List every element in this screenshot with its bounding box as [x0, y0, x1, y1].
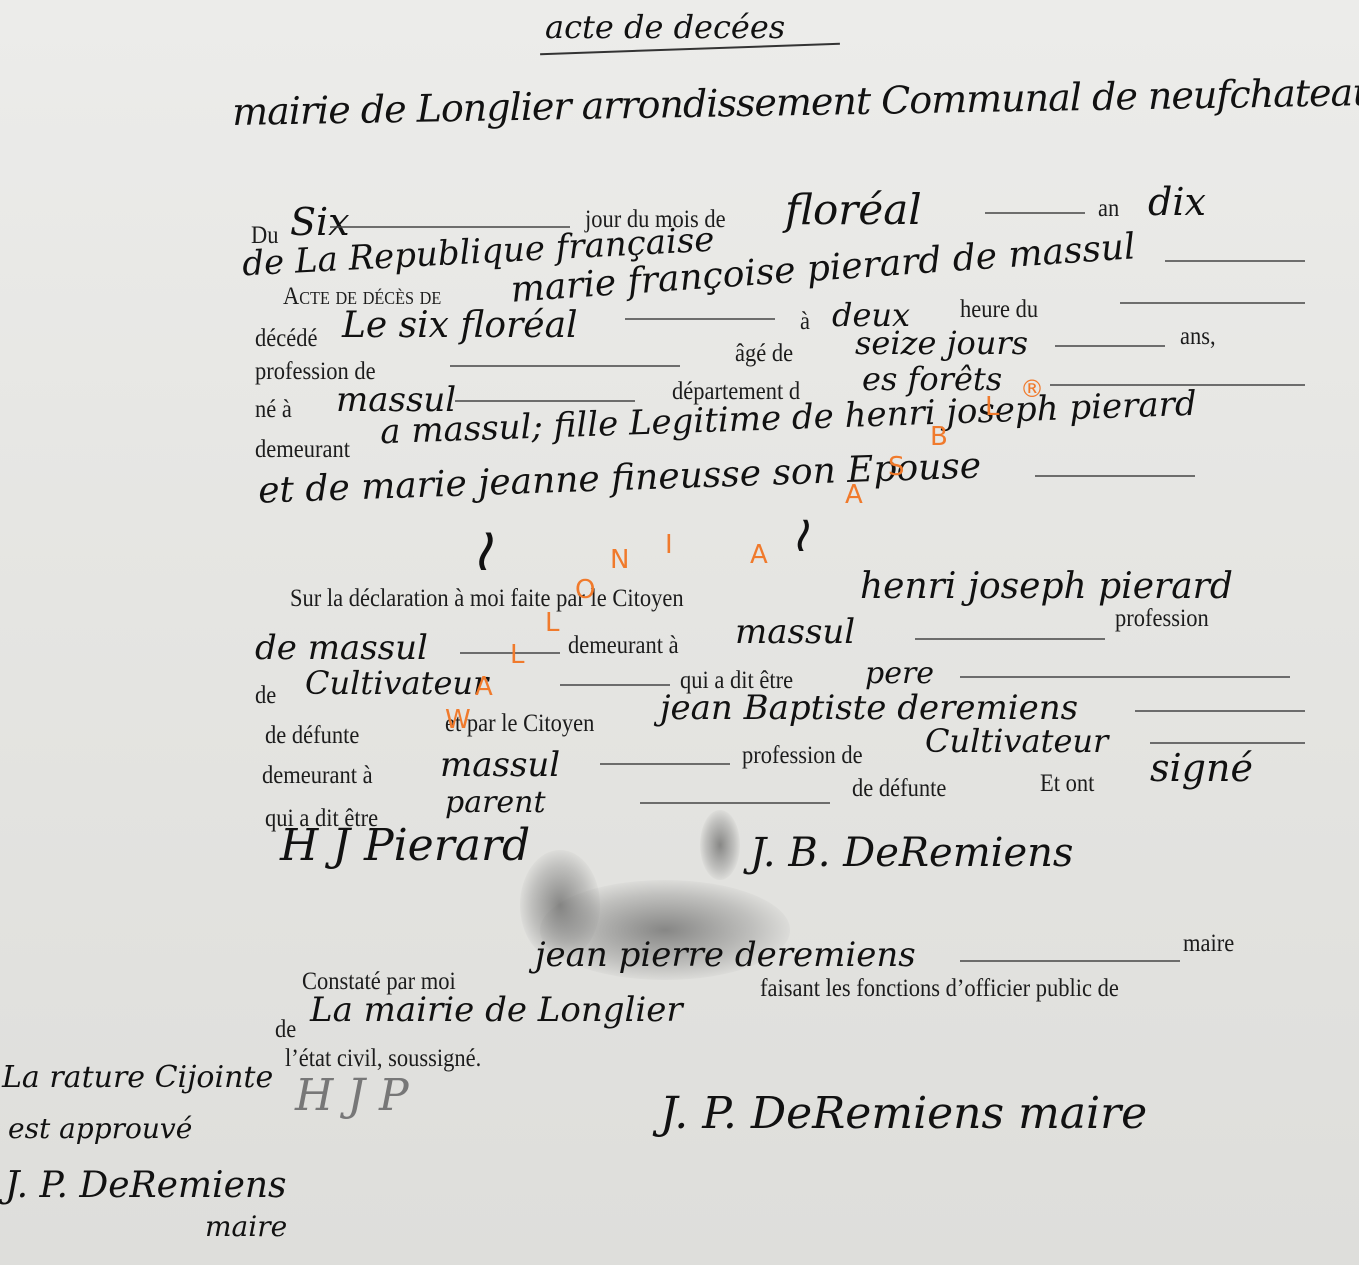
label-a: à [800, 308, 810, 336]
document-heading: mairie de Longlier arrondissement Commun… [232, 70, 1359, 134]
watermark-letter: A [845, 480, 863, 510]
label-de-2: de [275, 1016, 296, 1044]
value-declarant2-profession: Cultivateur [925, 722, 1108, 760]
signature-mayor: J. P. DeRemiens maire [660, 1088, 1147, 1139]
label-de-defunte: de défunte [265, 722, 359, 750]
fill-line [450, 365, 680, 367]
fill-line [915, 638, 1105, 640]
fill-line [625, 318, 775, 320]
label-etat-civil: l’état civil, soussigné. [285, 1045, 481, 1073]
fill-line [330, 226, 570, 228]
margin-note-line2: est approuvé [8, 1112, 192, 1145]
label-ne-a: né à [255, 396, 292, 424]
bracket-mark: ≀ [790, 505, 809, 563]
faint-signature: H J P [295, 1070, 409, 1121]
margin-title: maire [205, 1210, 287, 1243]
value-declarant1-residence: massul [735, 612, 855, 652]
watermark-letter: O [575, 575, 595, 605]
fill-line [560, 684, 670, 686]
label-de: de [255, 682, 276, 710]
watermark-letter: N [610, 545, 629, 575]
value-death-date: Le six floréal [342, 305, 578, 346]
value-day: Six [290, 200, 350, 244]
label-heure-du: heure du [960, 296, 1038, 324]
watermark-letter: A [475, 672, 493, 702]
value-year: dix [1148, 180, 1206, 224]
fill-line [455, 400, 635, 402]
watermark-letter: L [545, 608, 560, 638]
watermark-letter: B [930, 422, 948, 452]
watermark-registered-icon: ® [1020, 375, 1044, 403]
value-mother: et de marie jeanne fineusse son Epouse [258, 445, 982, 511]
watermark-letter: L [985, 392, 1000, 422]
fill-line [960, 676, 1290, 678]
label-fonctions: faisant les fonctions d’officier public … [760, 975, 1119, 1003]
signature-declarant2: J. B. DeRemiens [750, 830, 1073, 876]
value-declarant1: henri joseph pierard [860, 566, 1233, 607]
value-signe: signé [1150, 746, 1253, 790]
document-title: acte de decées [545, 8, 785, 46]
value-declarant2-residence: massul [440, 745, 560, 785]
watermark-letter: W [445, 705, 471, 735]
watermark-letter: A [750, 540, 768, 570]
fill-line [640, 802, 830, 804]
label-et-ont: Et ont [1040, 770, 1094, 798]
margin-signature: J. P. DeRemiens [5, 1165, 287, 1206]
label-maire: maire [1183, 930, 1234, 958]
label-profession-de-2: profession de [742, 742, 863, 770]
value-declarant1-origin: de massul [255, 628, 428, 668]
label-age-de: âgé de [735, 340, 793, 368]
label-an: an [1098, 195, 1119, 223]
fill-line [1120, 302, 1305, 304]
label-demeurant-a: demeurant à [568, 632, 679, 660]
value-month: floréal [785, 185, 922, 234]
value-mayor-name: jean pierre deremiens [535, 935, 916, 975]
fill-line [960, 960, 1180, 962]
fill-line [1135, 710, 1305, 712]
watermark-letter: L [510, 640, 525, 670]
label-decede: décédé [255, 325, 317, 353]
fill-line [1035, 475, 1195, 477]
document-page: acte de decées mairie de Longlier arrond… [0, 0, 1359, 1265]
watermark-letter: I [665, 530, 673, 560]
watermark-letter: S [888, 452, 905, 482]
fill-line [1150, 742, 1305, 744]
label-demeurant: demeurant [255, 436, 350, 464]
label-profession-2: profession [1115, 605, 1209, 633]
fill-line [985, 212, 1085, 214]
fill-line [600, 763, 730, 765]
fill-line [1055, 345, 1165, 347]
value-age: seize jours [855, 324, 1028, 362]
label-ans: ans, [1180, 323, 1216, 351]
fill-line [1165, 260, 1305, 262]
label-de-defunte-2: de défunte [852, 775, 946, 803]
value-declarant1-profession: Cultivateur [305, 664, 488, 702]
value-mairie: La mairie de Longlier [310, 990, 683, 1030]
value-declarant2-relation: parent [445, 785, 546, 820]
label-sur-la-declaration: Sur la déclaration à moi faite par le Ci… [290, 585, 684, 613]
ink-smudge [700, 810, 740, 880]
value-declarant1-relation: pere [865, 656, 934, 691]
margin-note-line1: La rature Cijointe [2, 1060, 273, 1095]
bracket-mark: ≀ [470, 515, 493, 585]
signature-declarant1: H J Pierard [280, 820, 530, 871]
label-demeurant-a-2: demeurant à [262, 762, 373, 790]
